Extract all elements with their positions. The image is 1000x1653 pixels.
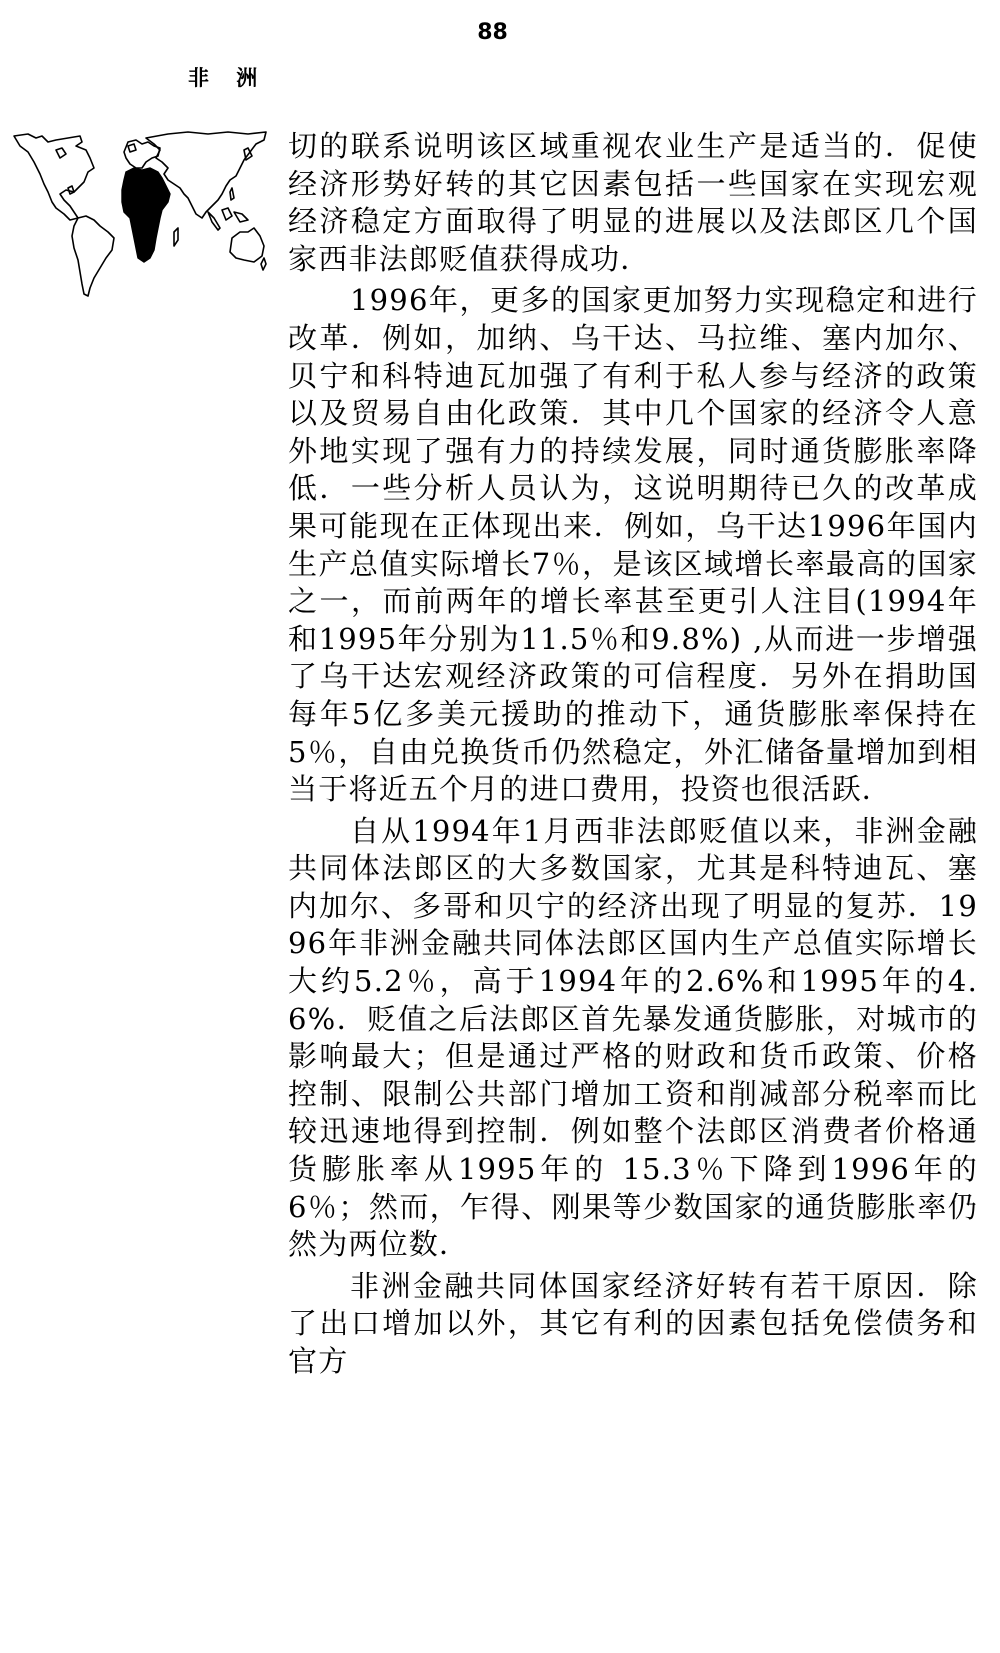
section-title: 非 洲: [188, 62, 267, 92]
paragraph: 切的联系说明该区域重视农业生产是适当的．促使经济形势好转的其它因素包括一些国家在…: [288, 128, 978, 278]
world-map-figure: [8, 128, 270, 298]
paragraph: 非洲金融共同体国家经济好转有若干原因．除了出口增加以外，其它有利的因素包括免偿债…: [288, 1268, 978, 1381]
body-text-column: 切的联系说明该区域重视农业生产是适当的．促使经济形势好转的其它因素包括一些国家在…: [288, 128, 978, 1381]
paragraph: 1996年，更多的国家更加努力实现稳定和进行改革．例如，加纳、乌干达、马拉维、塞…: [288, 282, 978, 808]
africa-highlight: [122, 168, 170, 262]
north-america-outline: [14, 134, 94, 220]
paragraph: 自从1994年1月西非法郎贬值以来，非洲金融共同体法郎区的大多数国家，尤其是科特…: [288, 813, 978, 1264]
world-map-icon: [8, 128, 270, 298]
australia-outline: [230, 228, 264, 262]
south-america-outline: [72, 216, 114, 296]
page-number: 88: [0, 20, 985, 45]
